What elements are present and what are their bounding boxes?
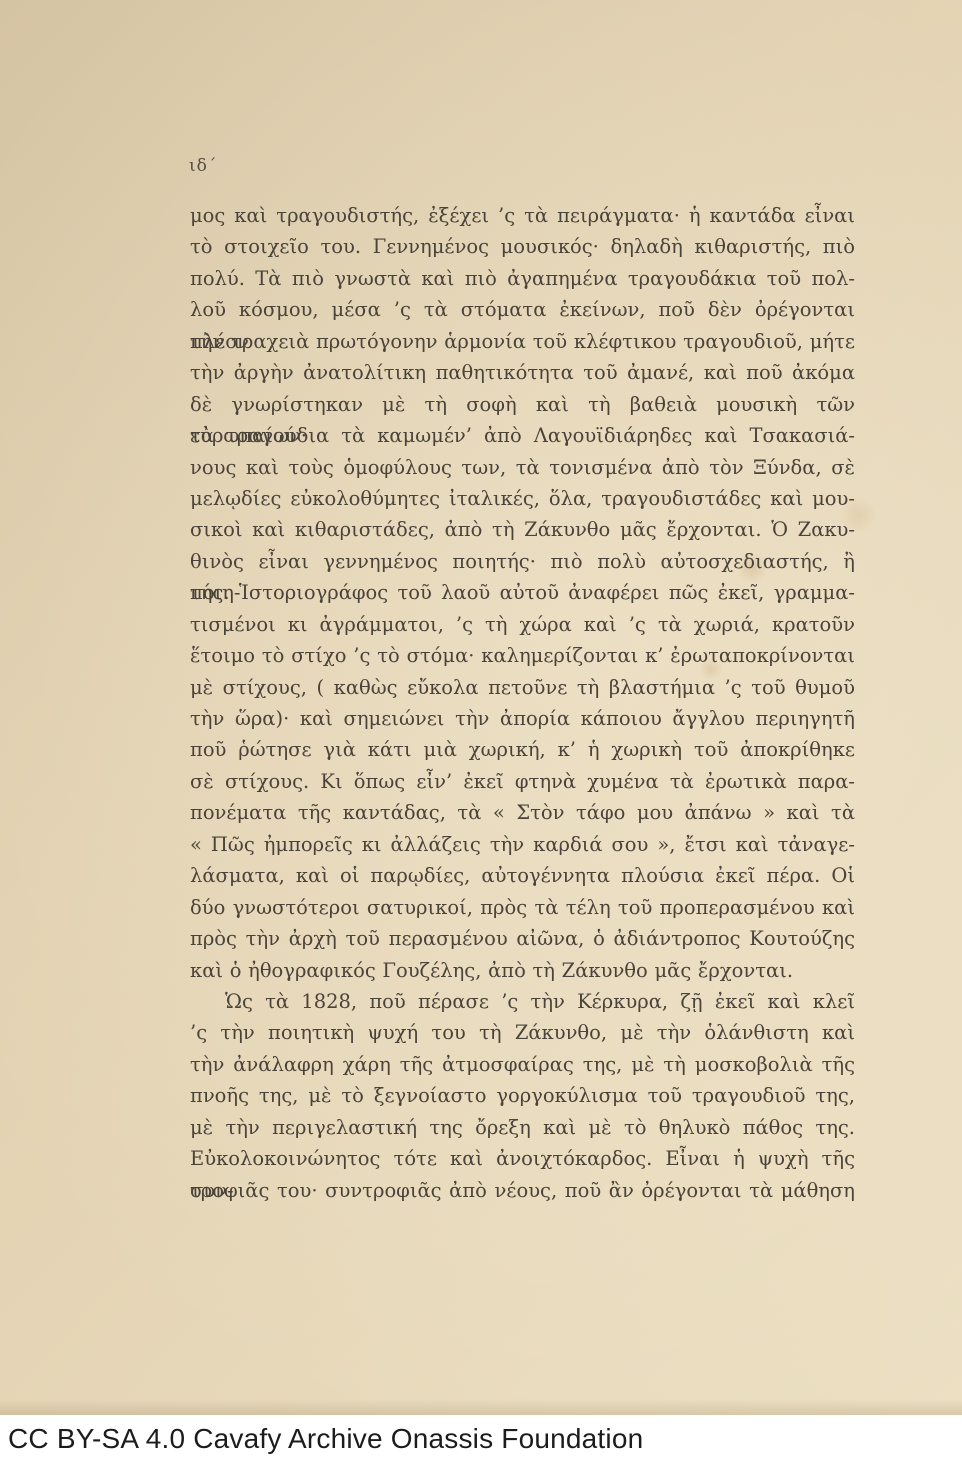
text-line: τὴν τραχειὰ πρωτόγονην ἁρμονία τοῦ κλέφτ…	[190, 326, 855, 357]
text-line: πονέματα τῆς καντάδας, τὰ « Στὸν τάφο μο…	[190, 797, 855, 828]
text-line: τὰ τραγούδια τὰ καμωμέν’ ἀπὸ Λαγουϊδιάρη…	[190, 420, 855, 451]
text-line: τὴν ἀνάλαφρη χάρη τῆς ἀτμοσφαίρας της, μ…	[190, 1049, 855, 1080]
text-line-paragraph-start: Ὡς τὰ 1828, ποῦ πέρασε ’ς τὴν Κέρκυρα, ζ…	[190, 986, 855, 1017]
text-line: Εὐκολοκοινώνητος τότε καὶ ἀνοιχτόκαρδος.…	[190, 1143, 855, 1174]
text-line: πνοῆς της, μὲ τὸ ξεγνοίαστο γοργοκύλισμα…	[190, 1080, 855, 1111]
text-line: τής. Ἱστοριογράφος τοῦ λαοῦ αὐτοῦ ἀναφέρ…	[190, 577, 855, 608]
text-line: σὲ στίχους. Κι ὅπως εἶν’ ἐκεῖ φτηνὰ χυμέ…	[190, 766, 855, 797]
text-line: τροφιᾶς του· συντροφιᾶς ἀπὸ νέους, ποῦ ἂ…	[190, 1175, 855, 1206]
text-line: τὸ στοιχεῖο του. Γεννημένος μουσικός· δη…	[190, 231, 855, 262]
text-line: τισμένοι κι ἀγράμματοι, ’ς τὴ χώρα καὶ ’…	[190, 609, 855, 640]
text-line: τὴν ὥρα)· καὶ σημειώνει τὴν ἀπορία κάποι…	[190, 703, 855, 734]
text-line-paragraph-end: καὶ ὁ ἠθογραφικός Γουζέλης, ἀπὸ τὴ Ζάκυν…	[190, 955, 855, 986]
text-line: νους καὶ τοὺς ὁμοφύλους των, τὰ τονισμέν…	[190, 452, 855, 483]
text-line: « Πῶς ἠμπορεῖς κι ἀλλάζεις τὴν καρδιά σο…	[190, 829, 855, 860]
text-line: μὲ τὴν περιγελαστική της ὄρεξη καὶ μὲ τὸ…	[190, 1112, 855, 1143]
license-text: CC BY-SA 4.0 Cavafy Archive Onassis Foun…	[0, 1423, 643, 1455]
text-line: ἕτοιμο τὸ στίχο ’ς τὸ στόμα· καλημερίζον…	[190, 640, 855, 671]
body-text: μος καὶ τραγουδιστής, ἐξέχει ’ς τὰ πειρά…	[190, 200, 855, 1206]
page-number: ιδ´	[189, 156, 217, 176]
text-line: μος καὶ τραγουδιστής, ἐξέχει ’ς τὰ πειρά…	[190, 200, 855, 231]
text-line: ’ς τὴν ποιητικὴ ψυχή του τὴ Ζάκυνθο, μὲ …	[190, 1017, 855, 1048]
text-line: λάσματα, καὶ οἱ παρῳδίες, αὐτογέννητα πλ…	[190, 860, 855, 891]
text-line: πρὸς τὴν ἀρχὴ τοῦ περασμένου αἰῶνα, ὁ ἀδ…	[190, 923, 855, 954]
text-line: τὴν ἀργὴν ἀνατολίτικη παθητικότητα τοῦ ἀ…	[190, 357, 855, 388]
text-line: σικοὶ καὶ κιθαριστάδες, ἀπὸ τὴ Ζάκυνθο μ…	[190, 514, 855, 545]
text-line: δύο γνωστότεροι σατυρικοί, πρὸς τὰ τέλη …	[190, 892, 855, 923]
scanned-book-page: ιδ´ μος καὶ τραγουδιστής, ἐξέχει ’ς τὰ π…	[0, 0, 962, 1415]
text-line: ποῦ ῥώτησε γιὰ κάτι μιὰ χωρική, κ’ ἡ χωρ…	[190, 734, 855, 765]
text-line: μὲ στίχους, ( καθὼς εὔκολα πετοῦνε τὴ βλ…	[190, 672, 855, 703]
text-line: λοῦ κόσμου, μέσα ’ς τὰ στόματα ἐκείνων, …	[190, 294, 855, 325]
text-line: θινὸς εἶναι γεννημένος ποιητής· πιὸ πολὺ…	[190, 546, 855, 577]
license-bar: CC BY-SA 4.0 Cavafy Archive Onassis Foun…	[0, 1415, 962, 1462]
text-line: πολύ. Τὰ πιὸ γνωστὰ καὶ πιὸ ἀγαπημένα τρ…	[190, 263, 855, 294]
text-line: μελῳδίες εὐκολοθύμητες ἰταλικές, ὅλα, τρ…	[190, 483, 855, 514]
text-line: δὲ γνωρίστηκαν μὲ τὴ σοφὴ καὶ τὴ βαθειὰ …	[190, 389, 855, 420]
